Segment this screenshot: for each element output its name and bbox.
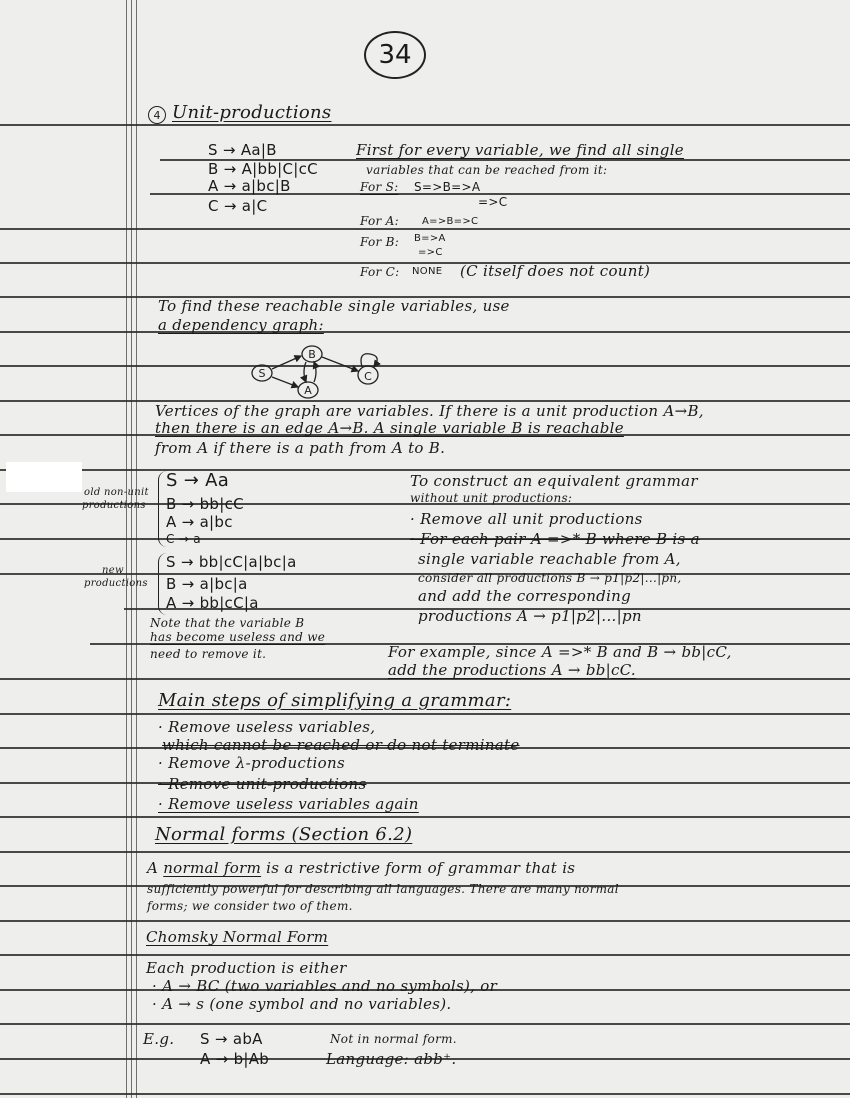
example-line: add the productions A → bb|cC. [388, 663, 636, 678]
reach-note: (C itself does not count) [460, 264, 650, 279]
ruled-line [0, 851, 850, 853]
old-rule: S → Aa [166, 472, 229, 490]
example-label: E.g. [143, 1032, 174, 1047]
definition-term: normal form [163, 859, 261, 877]
old-rule: B → bb|cC [166, 497, 244, 512]
margin-rule [136, 0, 137, 1098]
cnf-item: · A → s (one symbol and no variables). [152, 997, 451, 1012]
section-number: 4 [148, 106, 166, 124]
main-step-item: · Remove useless variables, [158, 720, 375, 735]
graph-explain: from A if there is a path from A to B. [155, 441, 445, 456]
step-item: consider all productions B → p1|p2|...|p… [418, 572, 682, 584]
ruled-line [0, 331, 850, 333]
svg-text:C: C [364, 370, 372, 383]
step-item: single variable reachable from A, [418, 552, 681, 567]
reach-label: For A: [360, 215, 399, 227]
margin-rule [131, 0, 132, 1098]
definition-lead: A [147, 859, 158, 877]
new-label: new [102, 566, 124, 576]
dependency-graph: SBAC [240, 340, 390, 400]
new-rule: S → bb|cC|a|bc|a [166, 555, 297, 570]
steps-intro: To construct an equivalent grammar [410, 474, 698, 489]
step-item: productions A → p1|p2|...|pn [418, 609, 642, 624]
example-note: Language: abb⁺. [326, 1052, 456, 1067]
main-step-item: · Remove λ-productions [158, 756, 345, 771]
grammar-rule: C → a|C [208, 199, 267, 214]
steps-intro: without unit productions: [410, 492, 572, 504]
intro-line: variables that can be reached from it: [366, 164, 607, 176]
ruled-line [0, 228, 850, 230]
note-line: Note that the variable B [150, 617, 304, 629]
reach-value: B=>A [414, 234, 446, 244]
page-number: 34 [364, 31, 426, 79]
definition-line: sufficiently powerful for describing all… [147, 883, 619, 895]
ruled-line [0, 713, 850, 715]
redaction-box [6, 462, 82, 492]
ruled-line [0, 1093, 850, 1095]
ruled-line [0, 782, 850, 784]
ruled-line [0, 469, 850, 471]
ruled-line [0, 954, 850, 956]
ruled-line [0, 816, 850, 818]
example-line: For example, since A =>* B and B → bb|cC… [388, 645, 732, 660]
main-step-item: which cannot be reached or do not termin… [162, 738, 520, 753]
step-item: · Remove all unit productions [410, 512, 643, 527]
section-title: Unit-productions [172, 104, 331, 122]
reach-label: For S: [360, 181, 399, 193]
definition-line: A normal form is a restrictive form of g… [147, 861, 575, 876]
reach-value: S=>B=>A [414, 181, 480, 193]
cnf-title: Chomsky Normal Form [146, 930, 328, 945]
ruled-line [0, 920, 850, 922]
old-rule: A → a|bc [166, 515, 233, 530]
new-rule: B → a|bc|a [166, 577, 248, 592]
step-item: and add the corresponding [418, 589, 631, 604]
main-step-item: · Remove unit-productions [158, 777, 366, 792]
ruled-line [0, 262, 850, 264]
svg-text:A: A [304, 384, 312, 397]
reach-value: NONE [412, 267, 442, 277]
new-label: productions [84, 579, 148, 589]
reach-value: A=>B=>C [422, 217, 478, 227]
reach-label: For B: [360, 236, 399, 248]
definition-line: forms; we consider two of them. [147, 900, 353, 912]
margin-rule [126, 0, 127, 1098]
section-number-text: 4 [154, 109, 161, 122]
grammar-rule: S → Aa|B [208, 143, 277, 158]
intro-line: First for every variable, we find all si… [356, 143, 684, 158]
note-line: has become useless and we [150, 631, 325, 643]
reach-label: For C: [360, 266, 399, 278]
grammar-rule: B → A|bb|C|cC [208, 162, 318, 177]
graph-intro: To find these reachable single variables… [158, 299, 510, 314]
example-rule: A → b|Ab [200, 1052, 269, 1067]
ruled-line [0, 124, 850, 126]
ruled-line [0, 365, 850, 367]
reach-extra: =>C [418, 248, 443, 258]
cnf-item: · A → BC (two variables and no symbols),… [152, 979, 497, 994]
definition-rest: is a restrictive form of grammar that is [266, 859, 575, 877]
example-rule: S → abA [200, 1032, 263, 1047]
grammar-rule: A → a|bc|B [208, 179, 291, 194]
graph-explain: then there is an edge A→B. A single vari… [155, 421, 624, 436]
graph-explain: Vertices of the graph are variables. If … [155, 404, 704, 419]
old-rule: C → a [166, 533, 201, 545]
main-step-item: · Remove useless variables again [158, 797, 419, 812]
normal-forms-title: Normal forms (Section 6.2) [155, 826, 412, 844]
graph-intro: a dependency graph: [158, 318, 324, 333]
step-item: · For each pair A =>* B where B is a [410, 532, 700, 547]
old-label: old non-unit [84, 488, 149, 498]
old-label: productions [82, 501, 146, 511]
reach-extra: =>C [478, 196, 507, 208]
new-rule: A → bb|cC|a [166, 596, 259, 611]
main-steps-title: Main steps of simplifying a grammar: [158, 692, 511, 710]
cnf-intro: Each production is either [146, 961, 347, 976]
svg-text:B: B [308, 348, 316, 361]
page-number-text: 34 [378, 40, 411, 70]
svg-text:S: S [259, 367, 266, 380]
notebook-page: 34 4 Unit-productions S → Aa|B B → A|bb|… [0, 0, 850, 1098]
ruled-line [0, 1023, 850, 1025]
example-note: Not in normal form. [330, 1033, 457, 1045]
note-line: need to remove it. [150, 648, 266, 660]
